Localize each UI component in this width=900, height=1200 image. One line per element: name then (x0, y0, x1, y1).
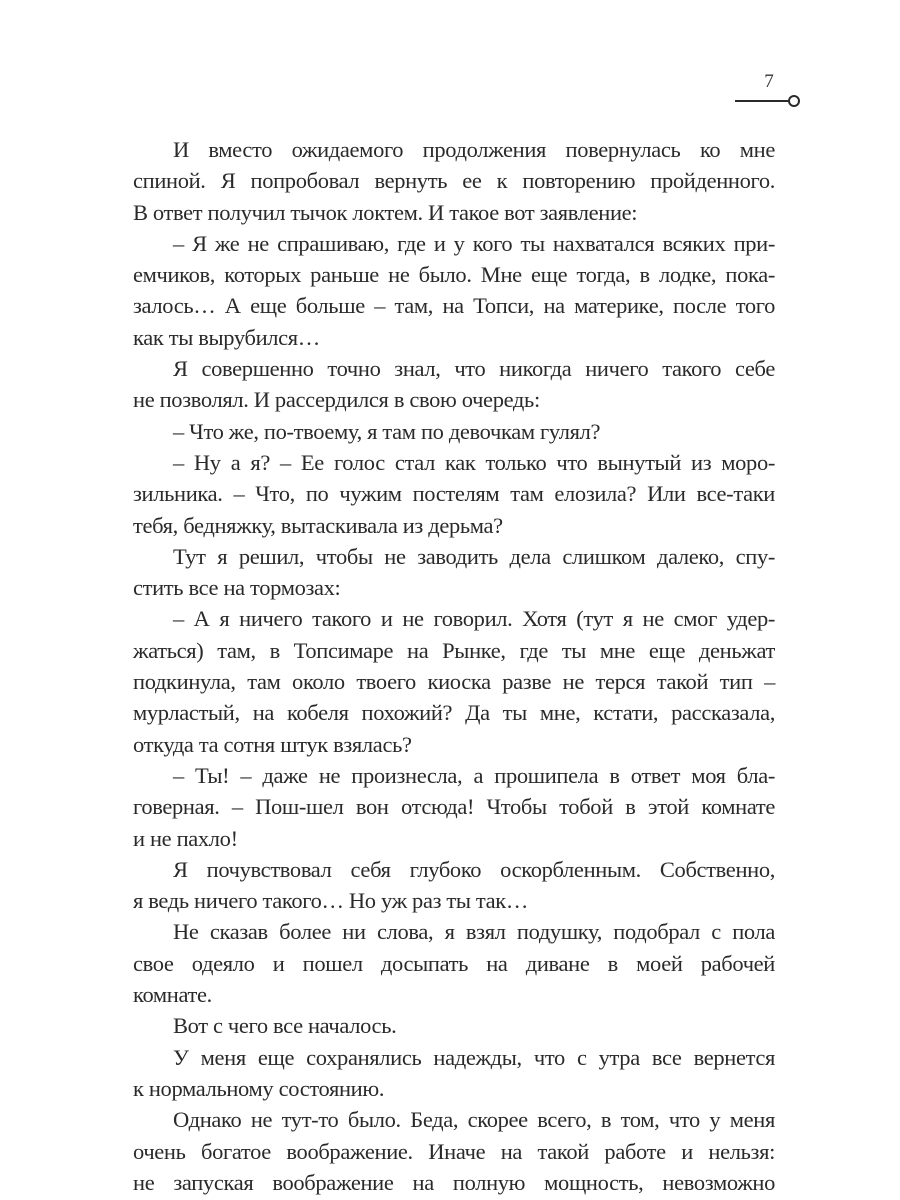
text-line: не запуская воображение на полную мощнос… (133, 1167, 775, 1198)
text-line: как ты вырубился… (133, 322, 775, 353)
text-line: стить все на тормозах: (133, 572, 775, 603)
text-line: спиной. Я попробовал вернуть ее к повтор… (133, 165, 775, 196)
page-body-text: И вместо ожидаемого продолжения повернул… (133, 134, 775, 1198)
text-line: зильника. – Что, по чужим постелям там е… (133, 478, 775, 509)
text-line: очень богатое воображение. Иначе на тако… (133, 1136, 775, 1167)
text-line: жаться) там, в Топсимаре на Рынке, где т… (133, 635, 775, 666)
text-line: В ответ получил тычок локтем. И такое во… (133, 197, 775, 228)
text-line: мурластый, на кобеля похожий? Да ты мне,… (133, 697, 775, 728)
text-line: – Ну а я? – Ее голос стал как только что… (133, 447, 775, 478)
text-line: и не пахло! (133, 823, 775, 854)
text-line: емчиков, которых раньше не было. Мне еще… (133, 259, 775, 290)
text-line: откуда та сотня штук взялась? (133, 729, 775, 760)
text-line: – А я ничего такого и не говорил. Хотя (… (133, 603, 775, 634)
header-rule-circle-icon (788, 95, 800, 107)
text-line: У меня еще сохранялись надежды, что с ут… (133, 1042, 775, 1073)
text-line: – Ты! – даже не произнесла, а прошипела … (133, 760, 775, 791)
text-line: Я совершенно точно знал, что никогда нич… (133, 353, 775, 384)
text-line: говерная. – Пош-шел вон отсюда! Чтобы то… (133, 791, 775, 822)
header-rule-line (735, 100, 790, 102)
page-number: 7 (757, 72, 781, 92)
text-line: Вот с чего все началось. (133, 1010, 775, 1041)
text-line: Не сказав более ни слова, я взял подушку… (133, 916, 775, 947)
text-line: залось… А еще больше – там, на Топси, на… (133, 290, 775, 321)
text-line: тебя, бедняжку, вытаскивала из дерьма? (133, 510, 775, 541)
text-line: подкинула, там около твоего киоска разве… (133, 666, 775, 697)
text-line: Однако не тут-то было. Беда, скорее всег… (133, 1104, 775, 1135)
text-line: Тут я решил, чтобы не заводить дела слиш… (133, 541, 775, 572)
text-line: – Что же, по-твоему, я там по девочкам г… (133, 416, 775, 447)
text-line: комнате. (133, 979, 775, 1010)
text-line: Я почувствовал себя глубоко оскорбленным… (133, 854, 775, 885)
text-line: И вместо ожидаемого продолжения повернул… (133, 134, 775, 165)
text-line: я ведь ничего такого… Но уж раз ты так… (133, 885, 775, 916)
text-line: не позволял. И рассердился в свою очеред… (133, 384, 775, 415)
text-line: к нормальному состоянию. (133, 1073, 775, 1104)
text-line: – Я же не спрашиваю, где и у кого ты нах… (133, 228, 775, 259)
text-line: свое одеяло и пошел досыпать на диване в… (133, 948, 775, 979)
